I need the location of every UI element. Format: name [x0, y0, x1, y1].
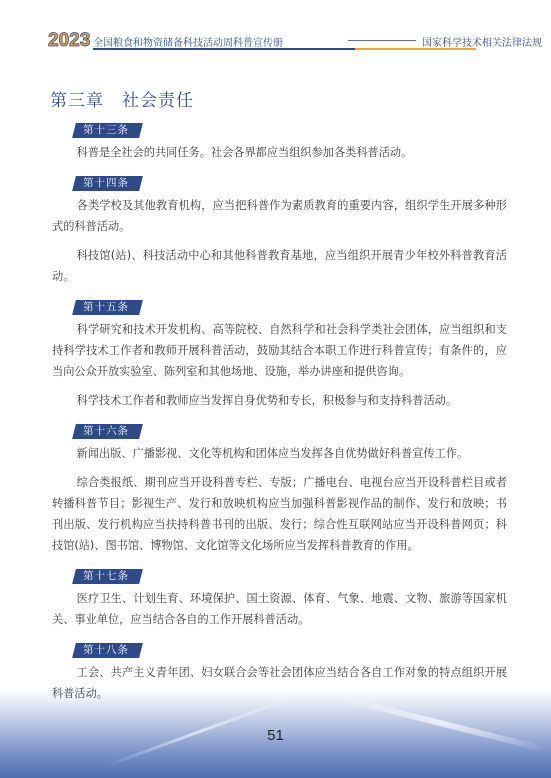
article-label: 第十三条	[74, 123, 141, 138]
header-rule-blue	[93, 48, 355, 50]
article-list: 第十三条 科普是全社会的共同任务。社会各界都应当组织参加各类科普活动。 第十四条…	[52, 118, 507, 712]
article-15: 第十五条 科学研究和技术开发机构、高等院校、自然科学和社会科学类社会团体，应当组…	[52, 295, 507, 411]
article-paragraph: 科技馆(站)、科技活动中心和其他科普教育基地，应当组织开展青少年校外科普教育活动…	[52, 245, 507, 287]
year-logo: 2023	[48, 32, 90, 50]
article-paragraph: 科普是全社会的共同任务。社会各界都应当组织参加各类科普活动。	[52, 142, 507, 163]
article-label: 第十七条	[74, 569, 141, 584]
article-13: 第十三条 科普是全社会的共同任务。社会各界都应当组织参加各类科普活动。	[52, 118, 507, 163]
article-label: 第十八条	[74, 643, 141, 658]
article-17: 第十七条 医疗卫生、计划生育、环境保护、国土资源、体育、气象、地震、文物、旅游等…	[52, 564, 507, 630]
article-16: 第十六条 新闻出版、广播影视、文化等机构和团体应当发挥各自优势做好科普宣传工作。…	[52, 419, 507, 556]
article-label: 第十六条	[74, 424, 141, 439]
section-title: 国家科学技术相关法律法规	[422, 34, 542, 49]
article-paragraph: 科学研究和技术开发机构、高等院校、自然科学和社会科学类社会团体，应当组织和支持科…	[52, 319, 507, 382]
article-paragraph: 新闻出版、广播影视、文化等机构和团体应当发挥各自优势做好科普宣传工作。	[52, 443, 507, 464]
article-paragraph: 科学技术工作者和教师应当发挥自身优势和专长，积极参与和支持科普活动。	[52, 390, 507, 411]
article-label: 第十四条	[74, 176, 141, 191]
chapter-title: 第三章 社会责任	[50, 86, 194, 111]
page-header: 2023 全国粮食和物资储备科技活动周科普宣传册 国家科学技术相关法律法规	[48, 30, 528, 52]
article-18: 第十八条 工会、共产主义青年团、妇女联合会等社会团体应当结合各自工作对象的特点组…	[52, 638, 507, 704]
article-paragraph: 综合类报纸、期刊应当开设科普专栏、专版；广播电台、电视台应当开设科普栏目或者转播…	[52, 472, 507, 556]
article-14: 第十四条 各类学校及其他教育机构，应当把科普作为素质教育的重要内容，组织学生开展…	[52, 171, 507, 287]
article-paragraph: 工会、共产主义青年团、妇女联合会等社会团体应当结合各自工作对象的特点组织开展科普…	[52, 662, 507, 704]
article-label: 第十五条	[74, 300, 141, 315]
header-rule-orange	[355, 48, 476, 50]
header-separator-line	[348, 40, 416, 41]
article-paragraph: 各类学校及其他教育机构，应当把科普作为素质教育的重要内容，组织学生开展多种形式的…	[52, 195, 507, 237]
article-paragraph: 医疗卫生、计划生育、环境保护、国土资源、体育、气象、地震、文物、旅游等国家机关、…	[52, 588, 507, 630]
page-number: 51	[0, 727, 551, 744]
booklet-title: 全国粮食和物资储备科技活动周科普宣传册	[93, 34, 283, 49]
